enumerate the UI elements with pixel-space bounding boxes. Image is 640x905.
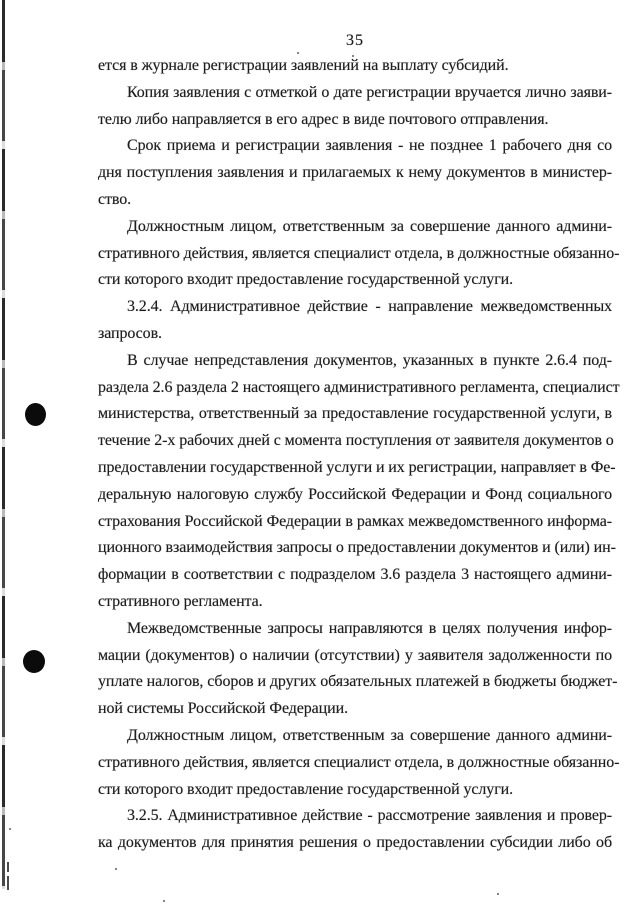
text-line: Копия заявления с отметкой о дате регист… [98, 80, 612, 107]
text-line: уплате налогов, сборов и других обязател… [98, 669, 612, 696]
scan-speck [115, 868, 117, 870]
text-line: ной системы Российской Федерации. [98, 696, 612, 723]
text-line: Срок приема и регистрации заявления - не… [98, 133, 612, 160]
text-line: сти которого входит предоставление госуд… [98, 777, 612, 804]
punch-hole-mark [25, 403, 46, 426]
text-line: В случае непредставления документов, ука… [98, 348, 612, 375]
text-line: Должностным лицом, ответственным за сове… [98, 723, 612, 750]
scan-speck [163, 900, 165, 902]
paragraph: Срок приема и регистрации заявления - не… [98, 133, 612, 213]
scan-dash-artifact [7, 876, 9, 890]
punch-hole-mark [23, 650, 45, 673]
text-line: стративного действия, является специалис… [98, 241, 612, 268]
page-number: 35 [98, 32, 612, 52]
text-line: дня поступления заявления и прилагаемых … [98, 160, 612, 187]
text-line: Должностным лицом, ответственным за сове… [98, 214, 612, 241]
paragraph: Копия заявления с отметкой о дате регист… [98, 80, 612, 134]
scan-dash-artifact [7, 862, 9, 872]
text-line: раздела 2.6 раздела 2 настоящего админис… [98, 375, 612, 402]
scanned-page: 35 ется в журнале регистрации заявлений … [0, 0, 640, 905]
text-line: ционного взаимодействия запросы о предос… [98, 535, 612, 562]
paragraph: Межведомственные запросы направляются в … [98, 616, 612, 723]
text-line: Межведомственные запросы направляются в … [98, 616, 612, 643]
text-line: мации (документов) о наличии (отсутствии… [98, 643, 612, 670]
text-line: сти которого входит предоставление госуд… [98, 267, 612, 294]
text-line: ка документов для принятия решения о пре… [98, 830, 612, 857]
text-body: ется в журнале регистрации заявлений на … [98, 53, 612, 857]
scan-speck [497, 893, 499, 895]
paragraph: ется в журнале регистрации заявлений на … [98, 53, 612, 80]
text-line: течение 2-х рабочих дней с момента посту… [98, 428, 612, 455]
text-line: формации в соответствии с подразделом 3.… [98, 562, 612, 589]
text-line: министерства, ответственный за предостав… [98, 401, 612, 428]
text-line: страхования Российской Федерации в рамка… [98, 509, 612, 536]
text-line: запросов. [98, 321, 612, 348]
paragraph: Должностным лицом, ответственным за сове… [98, 723, 612, 803]
text-line: стративного регламента. [98, 589, 612, 616]
paragraph: 3.2.4. Административное действие - напра… [98, 294, 612, 348]
scan-speck [297, 52, 299, 54]
scan-edge-line-artifact [2, 0, 5, 889]
paragraph: 3.2.5. Административное действие - рассм… [98, 803, 612, 857]
scan-speck [352, 55, 354, 57]
text-line: 3.2.4. Административное действие - напра… [98, 294, 612, 321]
text-line: предоставлении государственной услуги и … [98, 455, 612, 482]
text-line: деральную налоговую службу Российской Фе… [98, 482, 612, 509]
text-line: стративного действия, является специалис… [98, 750, 612, 777]
scan-speck [9, 828, 11, 830]
text-line: ство. [98, 187, 612, 214]
paragraph: Должностным лицом, ответственным за сове… [98, 214, 612, 294]
text-line: 3.2.5. Административное действие - рассм… [98, 803, 612, 830]
text-line: ется в журнале регистрации заявлений на … [98, 53, 612, 80]
text-line: телю либо направляется в его адрес в вид… [98, 107, 612, 134]
paragraph: В случае непредставления документов, ука… [98, 348, 612, 616]
